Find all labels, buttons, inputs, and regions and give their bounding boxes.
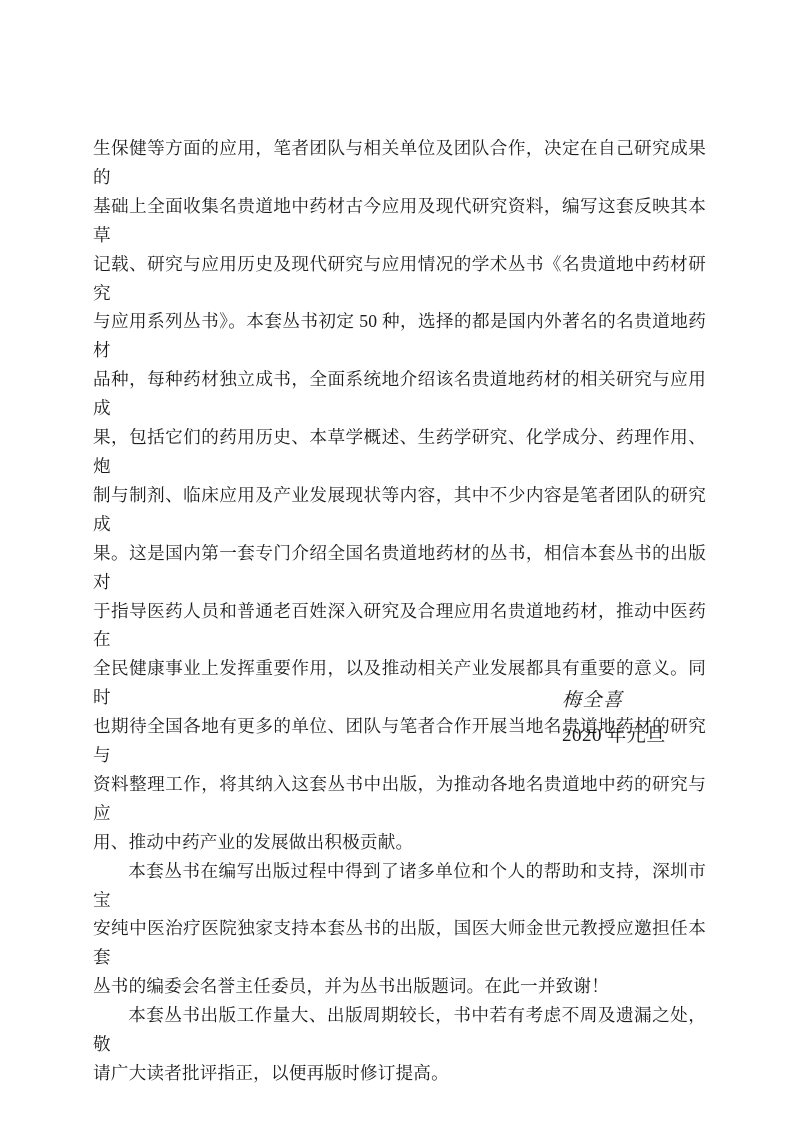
body-text-line: 本套丛书在编写出版过程中得到了诸多单位和个人的帮助和支持，深圳市宝 (93, 857, 706, 915)
body-text-line: 制与制剂、临床应用及产业发展现状等内容，其中不少内容是笔者团队的研究成 (93, 481, 706, 539)
body-text-line: 生保健等方面的应用，笔者团队与相关单位及团队合作，决定在自己研究成果的 (93, 134, 706, 192)
signature-block: 梅全喜 2020 年元旦 (562, 684, 666, 753)
body-text-line: 品种，每种药材独立成书，全面系统地介绍该名贵道地药材的相关研究与应用成 (93, 365, 706, 423)
body-text-line: 本套丛书出版工作量大、出版周期较长，书中若有考虑不周及遗漏之处，敬 (93, 1001, 706, 1059)
signature-name: 梅全喜 (562, 684, 666, 719)
body-text-line: 与应用系列丛书》。本套丛书初定 50 种，选择的都是国内外著名的名贵道地药材 (93, 307, 706, 365)
body-text-line: 请广大读者批评指正，以便再版时修订提高。 (93, 1059, 706, 1088)
body-text-line: 安纯中医治疗医院独家支持本套丛书的出版，国医大师金世元教授应邀担任本套 (93, 914, 706, 972)
body-text-line: 于指导医药人员和普通老百姓深入研究及合理应用名贵道地药材，推动中医药在 (93, 597, 706, 655)
body-text-line: 用、推动中药产业的发展做出积极贡献。 (93, 828, 706, 857)
body-text-line: 果，包括它们的药用历史、本草学概述、生药学研究、化学成分、药理作用、炮 (93, 423, 706, 481)
signature-date: 2020 年元旦 (562, 719, 666, 754)
body-text-line: 果。这是国内第一套专门介绍全国名贵道地药材的丛书，相信本套丛书的出版对 (93, 539, 706, 597)
preface-body-text: 生保健等方面的应用，笔者团队与相关单位及团队合作，决定在自己研究成果的基础上全面… (93, 134, 706, 1088)
book-page: 生保健等方面的应用，笔者团队与相关单位及团队合作，决定在自己研究成果的基础上全面… (0, 0, 800, 1130)
body-text-line: 基础上全面收集名贵道地中药材古今应用及现代研究资料，编写这套反映其本草 (93, 192, 706, 250)
body-text-line: 资料整理工作，将其纳入这套丛书中出版，为推动各地名贵道地中药的研究与应 (93, 770, 706, 828)
body-text-line: 记载、研究与应用历史及现代研究与应用情况的学术丛书《名贵道地中药材研究 (93, 250, 706, 308)
body-text-line: 丛书的编委会名誉主任委员，并为丛书出版题词。在此一并致谢！ (93, 972, 706, 1001)
